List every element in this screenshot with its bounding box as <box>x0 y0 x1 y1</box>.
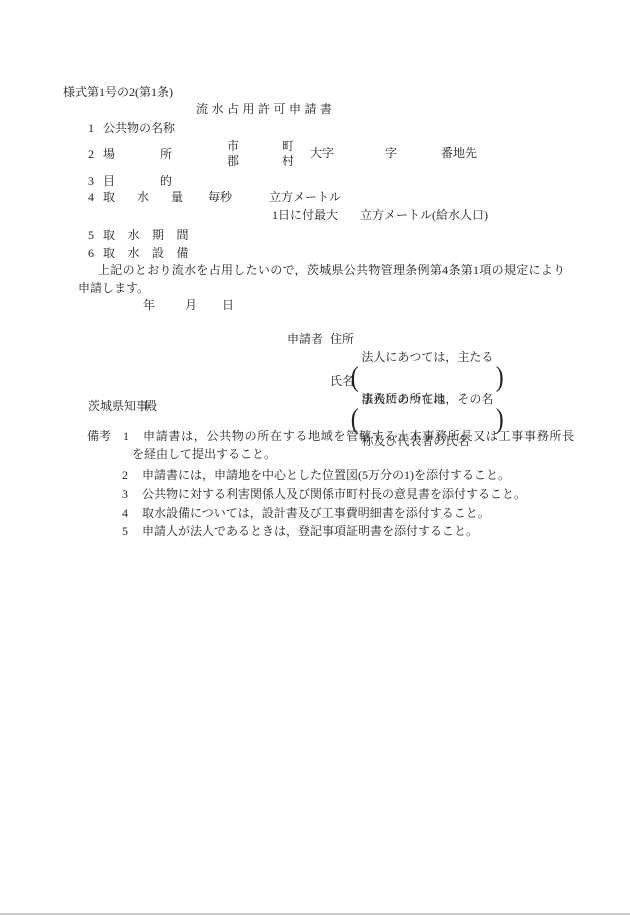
remark1-line1: 申請書は，公共物の所在する地域を管轄する土木事務所長又は工事事務所長 <box>143 429 575 444</box>
item4-daily-max-label: 1日に付最大 <box>272 208 338 223</box>
applicant-label: 申請者 <box>287 332 323 347</box>
remarks-label: 備考 <box>87 429 111 444</box>
item4-label-water-intake: 取水量 <box>103 190 205 205</box>
item5-number: 5 <box>88 228 94 243</box>
declaration-line2: 申請します。 <box>78 281 149 296</box>
remark4-number: 4 <box>122 506 128 521</box>
item2-county-label: 郡 <box>227 154 239 169</box>
remark2-line1: 申請書には，申請地を中心とした位置図(5万分の1)を添付すること。 <box>142 468 510 483</box>
remark4-line1: 取水設備については，設計書及び工事費明細書を添付すること。 <box>142 506 490 521</box>
remark1-number: 1 <box>123 429 129 444</box>
remark1-line2: を経由して提出すること。 <box>132 447 276 462</box>
item2-lot-number-label: 番地先 <box>441 146 477 161</box>
item2-oaza-label: 大字 <box>310 146 334 161</box>
remark5-line1: 申請人が法人であるときは，登記事項証明書を添付すること。 <box>142 524 478 539</box>
item2-town-label: 町 <box>282 139 294 154</box>
item2-city-label: 市 <box>227 139 239 154</box>
addressee-governor-label: 茨城県知事 <box>88 399 148 414</box>
addressee-honorific: 殿 <box>145 399 157 414</box>
item2-label-location: 場所 <box>103 147 217 162</box>
remark3-line1: 公共物に対する利害関係人及び関係市町村長の意見書を添付すること。 <box>142 487 526 502</box>
item3-label-purpose: 目的 <box>103 174 217 189</box>
date-month-label: 月 <box>185 298 197 313</box>
item4-number: 4 <box>88 190 94 205</box>
name-note-line1: 法人にあつては，その名 <box>361 392 493 406</box>
declaration-line1: 上記のとおり流水を占用したいので，茨城県公共物管理条例第4条第1項の規定により <box>98 263 565 278</box>
item2-number: 2 <box>88 147 94 162</box>
item4-daily-unit-label: 立方メートル(給水人口) <box>360 208 488 223</box>
remark3-number: 3 <box>122 487 128 502</box>
address-note-line1: 法人にあつては，主たる <box>361 350 493 364</box>
item2-aza-label: 字 <box>385 146 397 161</box>
form-code: 様式第1号の2(第1条) <box>63 85 173 100</box>
item3-number: 3 <box>88 174 94 189</box>
date-day-label: 日 <box>222 298 234 313</box>
item1-number: 1 <box>88 121 94 136</box>
item6-label-intake-equipment: 取水設備 <box>103 246 201 261</box>
remark5-number: 5 <box>122 524 128 539</box>
date-year-label: 年 <box>143 298 155 313</box>
item5-label-intake-period: 取水期間 <box>103 228 201 243</box>
page-title: 流水占用許可申請書 <box>196 102 336 117</box>
remark2-number: 2 <box>122 468 128 483</box>
item1-label-public-property-name: 公共物の名称 <box>103 121 175 136</box>
document-page: 様式第1号の2(第1条) 流水占用許可申請書 1 公共物の名称 2 場所 市 郡… <box>0 0 630 915</box>
item4-unit-label: 立方メートル <box>269 190 341 205</box>
applicant-name-note: ( 法人にあつては，その名 称及び代表者の氏名 ) <box>350 364 505 476</box>
item2-village-label: 村 <box>282 154 294 169</box>
item6-number: 6 <box>88 246 94 261</box>
item4-per-second-label: 毎秒 <box>208 190 232 205</box>
